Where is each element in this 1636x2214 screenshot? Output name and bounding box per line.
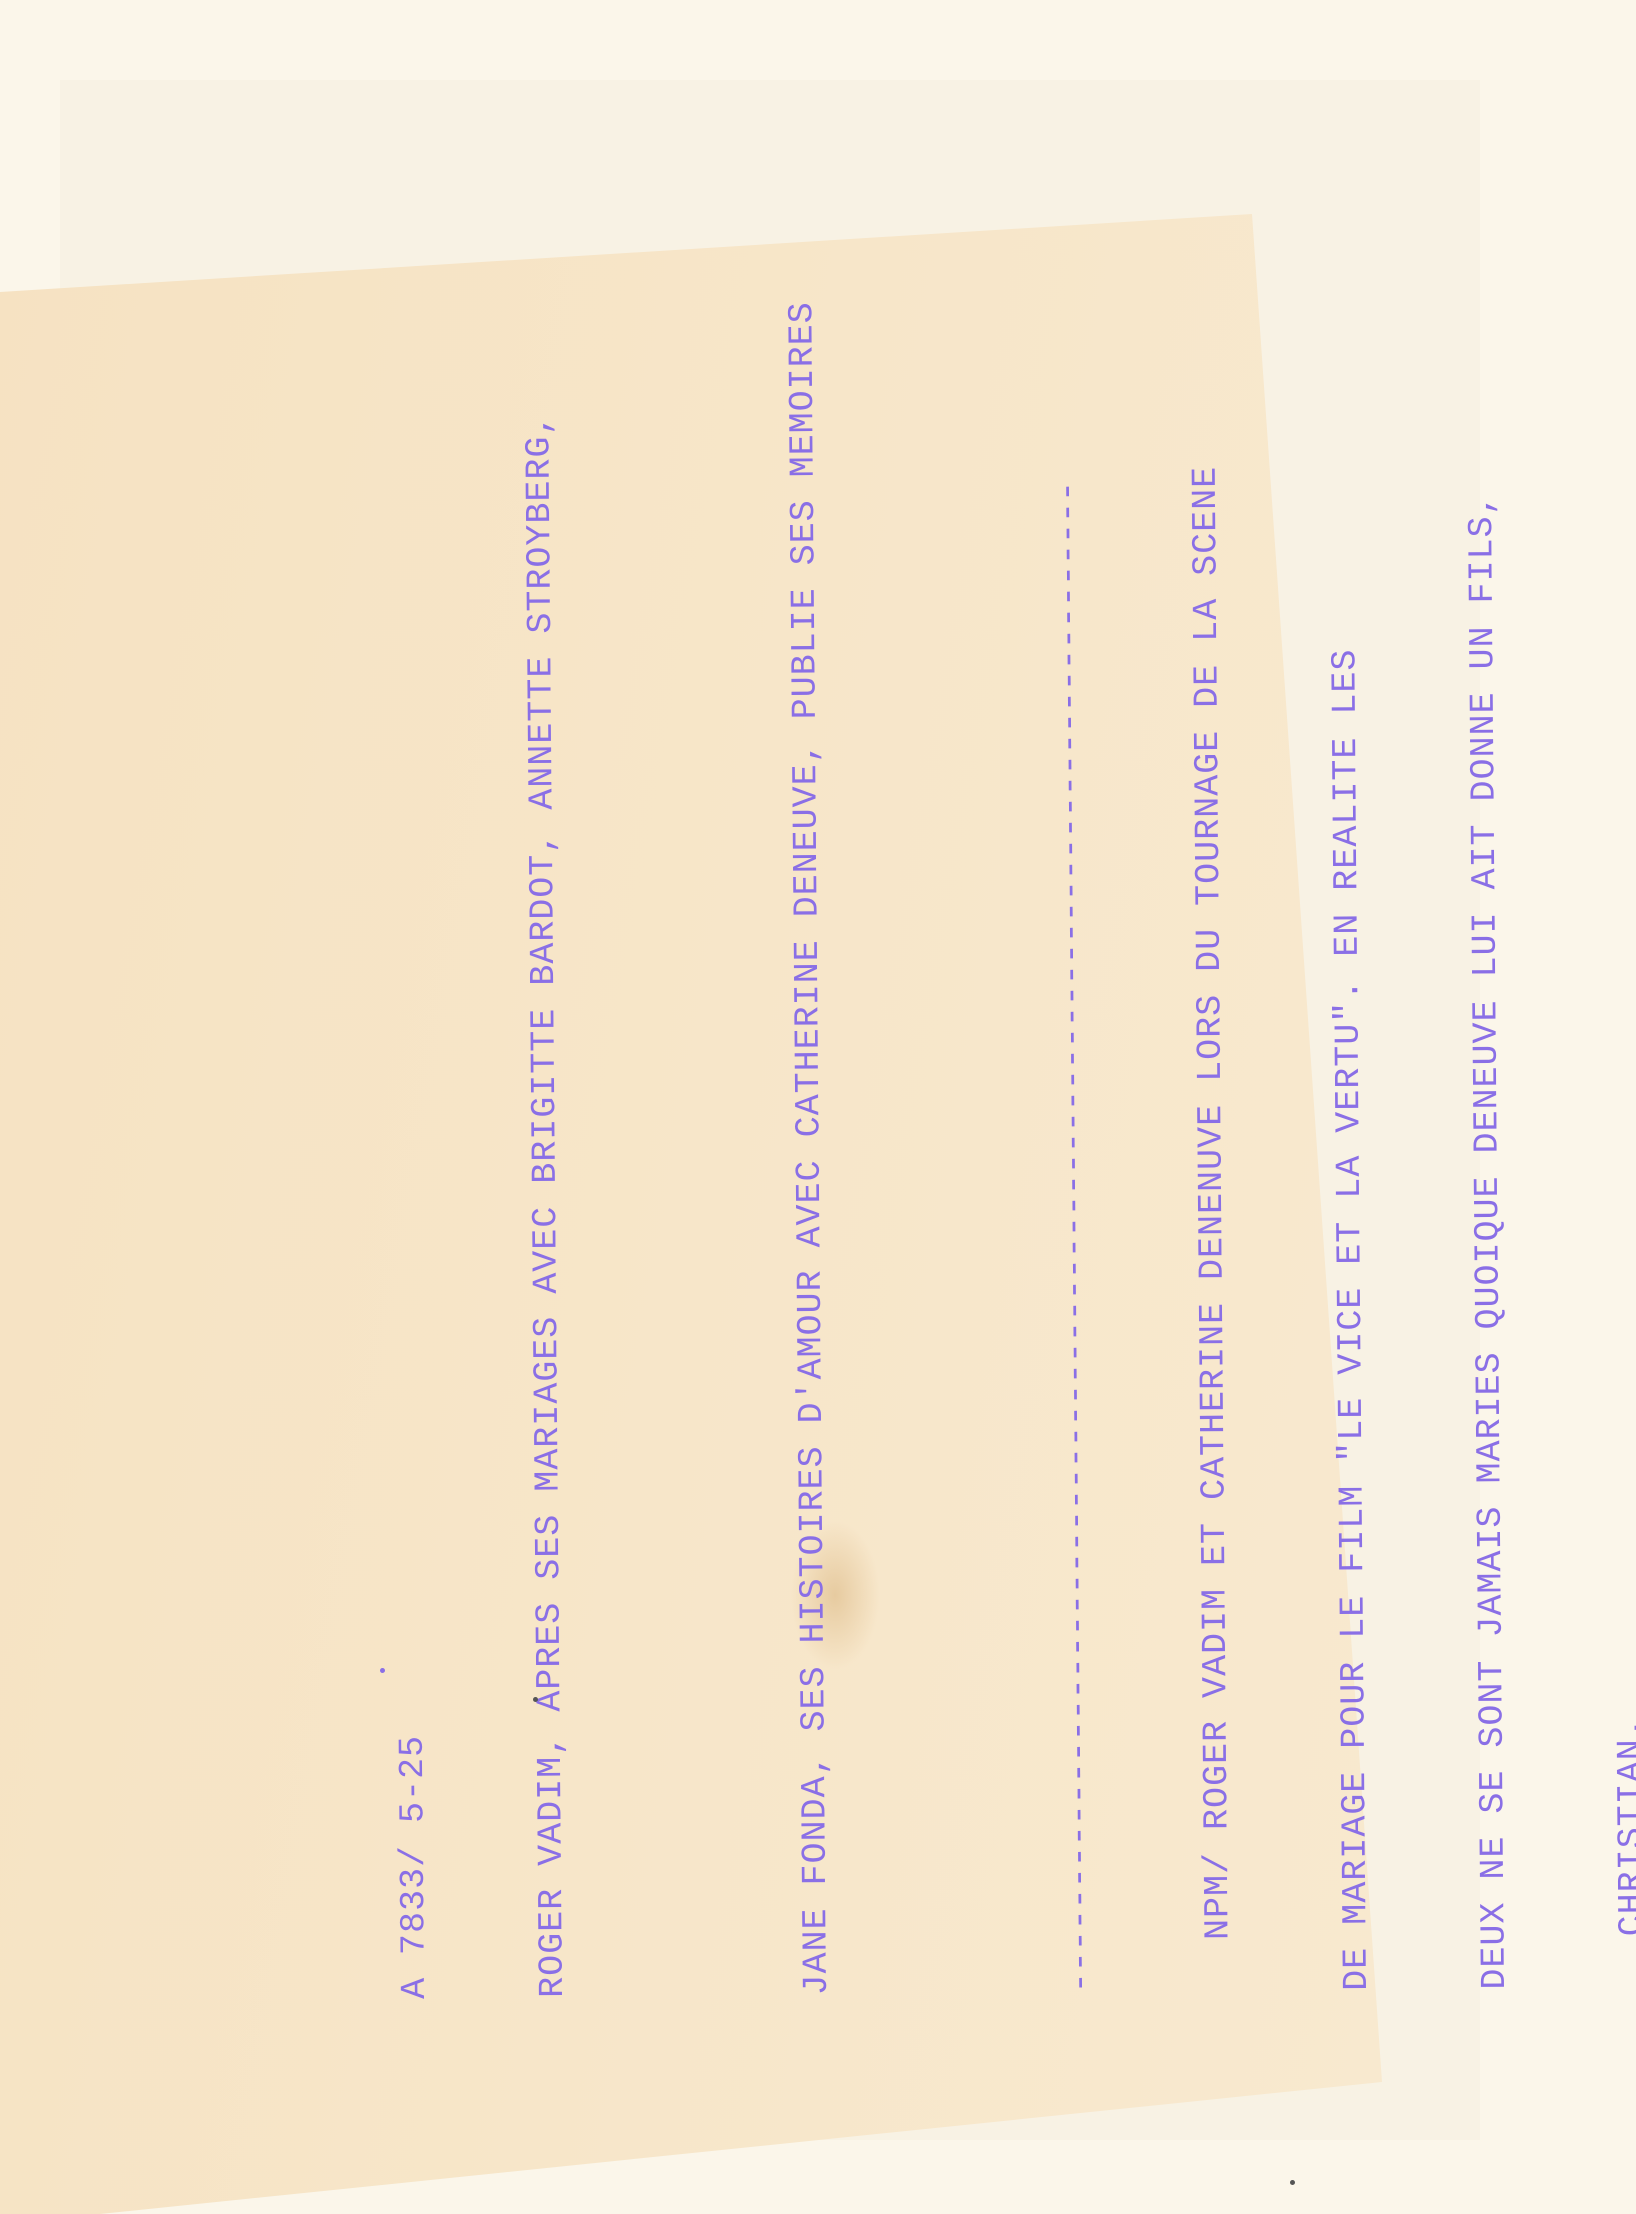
speck — [1290, 2180, 1295, 2185]
french-separator: ----------------------------------------… — [1041, 93, 1104, 1993]
french-line-1: ROGER VADIM, APRES SES MARIAGES AVEC BRI… — [513, 98, 576, 1998]
french-caption-line-1: NPM/ ROGER VADIM ET CATHERINE DENENUVE L… — [1179, 92, 1242, 1992]
french-caption-line-4: CHRISTIAN. — [1593, 88, 1636, 1988]
typed-caption: A 7833/ 5-25 ROGER VADIM, APRES SES MARI… — [283, 70, 1636, 2000]
french-caption-line-2: DE MARIAGE POUR LE FILM "LE VICE ET LA V… — [1317, 91, 1380, 1991]
ink-dot — [380, 1668, 385, 1673]
french-caption-line-3: DEUX NE SE SONT JAMAIS MARIES QUOIQUE DE… — [1455, 89, 1518, 1989]
french-line-2: JANE FONDA, SES HISTOIRES D'AMOUR AVEC C… — [777, 95, 840, 1995]
speck — [533, 1697, 538, 1702]
french-header: A 7833/ 5-25 — [375, 99, 438, 1999]
